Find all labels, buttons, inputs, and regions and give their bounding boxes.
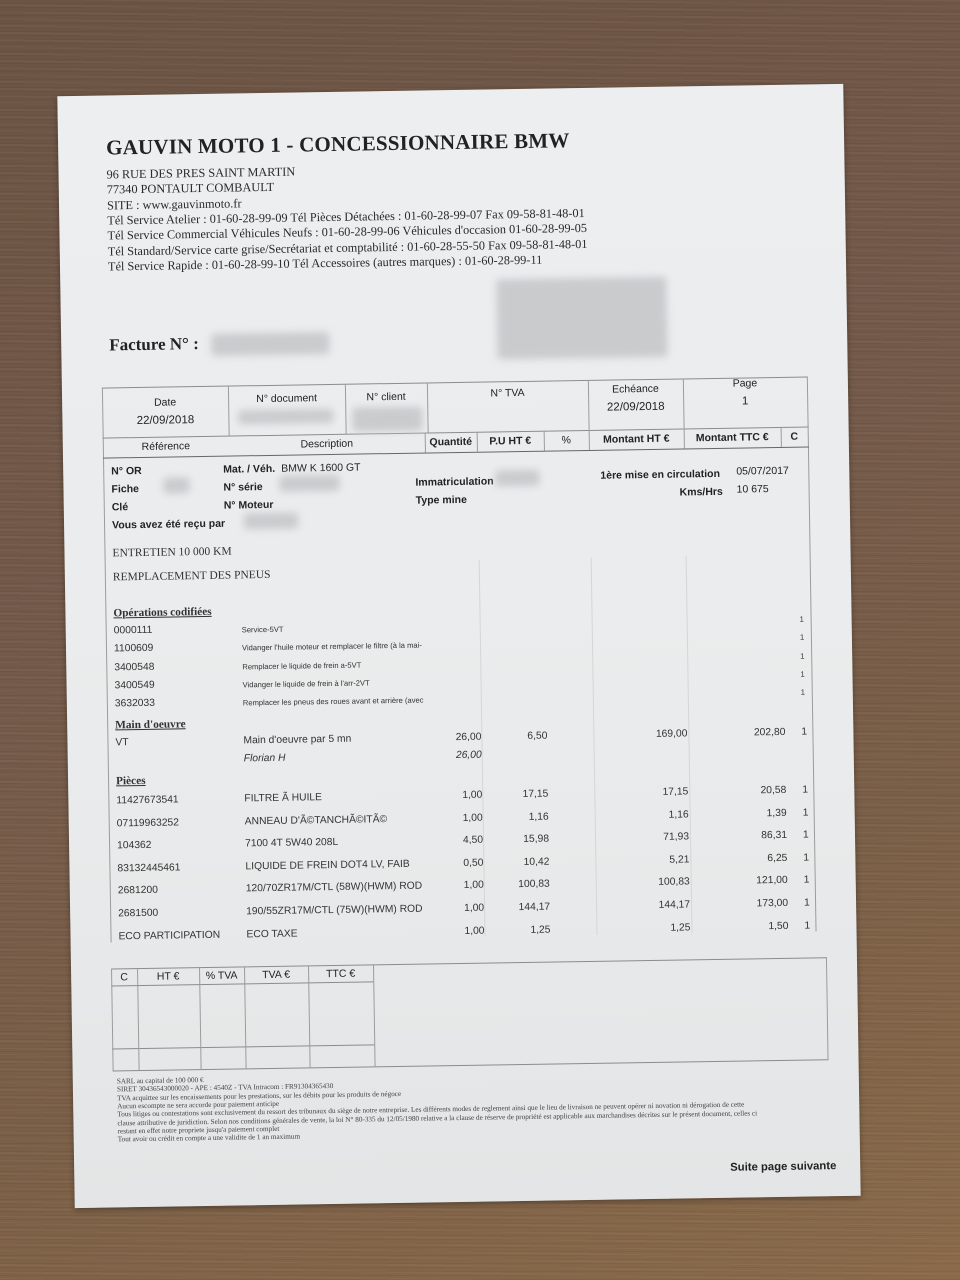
column-header-quantity: Quantité bbox=[425, 436, 477, 449]
part-unit-price: 15,98 bbox=[469, 834, 549, 846]
mileage-label: Kms/Hrs bbox=[680, 486, 723, 499]
registration-label: Immatriculation bbox=[415, 475, 493, 488]
summary-header-ttc: TTC € bbox=[308, 967, 373, 980]
column-header-amount-ttc: Montant TTC € bbox=[684, 431, 781, 445]
operation-code: 1100609 bbox=[114, 643, 153, 655]
type-mine-label: Type mine bbox=[416, 494, 467, 507]
parts-list: 11427673541FILTRE Ã HUILE1,0017,1517,152… bbox=[57, 84, 843, 96]
part-c: 1 bbox=[803, 807, 809, 818]
part-unit-price: 100,83 bbox=[470, 879, 550, 891]
due-date-value: 22/09/2018 bbox=[588, 400, 683, 413]
operation-description: Service-5VT bbox=[242, 625, 284, 635]
redacted-client-number bbox=[352, 407, 422, 432]
labour-amount-ht: 169,00 bbox=[607, 728, 687, 740]
or-label: N° OR bbox=[111, 465, 142, 477]
operation-c: 1 bbox=[800, 651, 804, 660]
part-description: 120/70ZR17M/CTL (58W)(HWM) ROD bbox=[246, 881, 423, 895]
first-registration-label: 1ère mise en circulation bbox=[600, 468, 720, 482]
operation-c: 1 bbox=[800, 615, 804, 624]
part-reference: 83132445461 bbox=[117, 862, 180, 874]
labour-quantity: 26,00 bbox=[402, 750, 482, 762]
part-description: ANNEAU D'Ã©TANCHÃ©ITÃ© bbox=[245, 814, 388, 827]
part-reference: 2681200 bbox=[118, 885, 158, 897]
info-table: Date 22/09/2018 N° document N° client N°… bbox=[57, 84, 843, 96]
labour-ref: VT bbox=[115, 737, 128, 748]
legal-notice: SARL au capital de 100 000 €SIRET 304365… bbox=[57, 84, 843, 96]
part-description: 190/55ZR17M/CTL (75W)(HWM) ROD bbox=[246, 904, 423, 918]
first-registration-date: 05/07/2017 bbox=[736, 465, 789, 478]
due-date-label: Echéance bbox=[588, 382, 683, 395]
operations-list: 0000111Service-5VT11100609Vidanger l'hui… bbox=[57, 84, 843, 96]
part-amount-ttc: 173,00 bbox=[708, 898, 788, 910]
part-amount-ht: 5,21 bbox=[609, 854, 689, 866]
redacted-registration bbox=[495, 470, 539, 487]
part-unit-price: 144,17 bbox=[470, 902, 550, 914]
vat-summary-table: C HT € % TVA TVA € TTC € bbox=[57, 84, 843, 96]
part-amount-ttc: 20,58 bbox=[706, 785, 786, 797]
summary-header-ht: HT € bbox=[137, 970, 199, 983]
mileage-value: 10 675 bbox=[736, 483, 768, 496]
vehicle-model-value: BMW K 1600 GT bbox=[281, 462, 361, 475]
part-amount-ht: 1,25 bbox=[610, 922, 690, 934]
section-labour: Main d'oeuvre bbox=[115, 718, 186, 731]
page-label: Page bbox=[683, 377, 807, 391]
labour-description: Main d'oeuvre par 5 mn bbox=[243, 734, 351, 747]
operation-c: 1 bbox=[800, 633, 804, 642]
part-amount-ht: 144,17 bbox=[610, 899, 690, 911]
operation-code: 3400549 bbox=[114, 680, 154, 692]
part-c: 1 bbox=[804, 875, 810, 886]
received-by-label: Vous avez été reçu par bbox=[112, 518, 225, 532]
labour-list: VTMain d'oeuvre par 5 mn26,006,50169,002… bbox=[57, 84, 843, 96]
next-page-notice: Suite page suivante bbox=[730, 1160, 836, 1174]
operation-code: 3400548 bbox=[114, 661, 154, 673]
section-parts: Pièces bbox=[116, 775, 146, 787]
labour-unit-price: 6,50 bbox=[467, 731, 547, 743]
part-c: 1 bbox=[803, 830, 809, 841]
labour-c: 1 bbox=[801, 727, 807, 738]
operation-code: 3632033 bbox=[115, 698, 155, 710]
column-header-reference: Référence bbox=[103, 440, 229, 454]
page-number: 1 bbox=[683, 395, 807, 409]
operation-description: Vidanger le liquide de frein à l'arr-2VT bbox=[243, 678, 370, 689]
redacted-client-address bbox=[496, 277, 667, 360]
part-unit-price: 1,25 bbox=[470, 924, 550, 936]
part-unit-price: 17,15 bbox=[468, 789, 548, 801]
fiche-label: Fiche bbox=[111, 483, 139, 495]
service-description: ENTRETIEN 10 000 KM bbox=[112, 546, 231, 560]
part-amount-ttc: 121,00 bbox=[708, 875, 788, 887]
part-amount-ht: 17,15 bbox=[608, 786, 688, 798]
part-c: 1 bbox=[804, 920, 810, 931]
part-amount-ttc: 86,31 bbox=[707, 830, 787, 842]
address-line: 77340 PONTAULT COMBAULT bbox=[107, 180, 275, 198]
part-unit-price: 10,42 bbox=[469, 856, 549, 868]
operation-c: 1 bbox=[800, 669, 804, 678]
service-description: REMPLACEMENT DES PNEUS bbox=[113, 569, 271, 583]
operation-description: Vidanger l'huile moteur et remplacer le … bbox=[242, 641, 422, 653]
part-reference: ECO PARTICIPATION bbox=[118, 929, 220, 942]
vat-number-label: N° TVA bbox=[427, 386, 588, 401]
invoice-page: GAUVIN MOTO 1 - CONCESSIONNAIRE BMW 96 R… bbox=[57, 84, 860, 1208]
redacted-invoice-number bbox=[211, 332, 329, 356]
part-reference: 104362 bbox=[117, 840, 152, 852]
summary-header-vat-rate: % TVA bbox=[199, 969, 244, 982]
redacted-receiver bbox=[244, 513, 298, 530]
summary-header-vat: TVA € bbox=[244, 968, 308, 981]
part-description: ECO TAXE bbox=[246, 928, 297, 940]
redacted-document-number bbox=[238, 409, 333, 424]
operation-description: Remplacer les pneus des roues avant et a… bbox=[243, 696, 424, 708]
engine-number-label: N° Moteur bbox=[224, 499, 274, 512]
part-unit-price: 1,16 bbox=[469, 811, 549, 823]
part-c: 1 bbox=[802, 785, 808, 796]
summary-header-c: C bbox=[111, 971, 137, 983]
part-amount-ht: 100,83 bbox=[610, 877, 690, 889]
part-amount-ht: 1,16 bbox=[609, 809, 689, 821]
column-header-c: C bbox=[781, 430, 808, 442]
part-description: LIQUIDE DE FREIN DOT4 LV, FAIB bbox=[245, 859, 409, 873]
part-description: FILTRE Ã HUILE bbox=[244, 792, 322, 804]
column-header-percent: % bbox=[544, 434, 589, 447]
part-c: 1 bbox=[804, 898, 810, 909]
operation-description: Remplacer le liquide de frein a-5VT bbox=[242, 660, 361, 671]
redacted-fiche bbox=[163, 477, 189, 493]
vehicle-info: N° OR Fiche Clé Mat. / Véh. BMW K 1600 G… bbox=[57, 84, 843, 96]
part-amount-ttc: 1,39 bbox=[707, 807, 787, 819]
part-amount-ht: 71,93 bbox=[609, 832, 689, 844]
part-amount-ttc: 6,25 bbox=[707, 853, 787, 865]
company-name: GAUVIN MOTO 1 - CONCESSIONNAIRE BMW bbox=[106, 128, 570, 160]
operation-c: 1 bbox=[801, 688, 805, 697]
invoice-number-label: Facture N° : bbox=[109, 334, 199, 355]
column-header-amount-ht: Montant HT € bbox=[589, 432, 684, 445]
column-header-unit-price: P.U HT € bbox=[477, 435, 544, 448]
column-header-description: Description bbox=[229, 437, 425, 452]
redacted-serial-number bbox=[279, 475, 339, 492]
client-number-label: N° client bbox=[345, 390, 427, 403]
part-c: 1 bbox=[803, 852, 809, 863]
part-description: 7100 4T 5W40 208L bbox=[245, 837, 338, 849]
operation-code: 0000111 bbox=[114, 625, 153, 637]
part-reference: 07119963252 bbox=[117, 817, 179, 829]
date-value: 22/09/2018 bbox=[102, 414, 228, 428]
legal-line: Tout avoir ou crédit en compte a une val… bbox=[118, 1133, 300, 1144]
section-operations: Opérations codifiées bbox=[113, 606, 211, 620]
labour-amount-ttc: 202,80 bbox=[705, 727, 785, 739]
part-amount-ttc: 1,50 bbox=[708, 920, 788, 932]
document-number-label: N° document bbox=[228, 392, 345, 406]
key-label: Clé bbox=[112, 501, 129, 513]
part-reference: 11427673541 bbox=[116, 794, 178, 806]
labour-description: Florian H bbox=[244, 753, 286, 765]
date-label: Date bbox=[102, 396, 228, 410]
part-reference: 2681500 bbox=[118, 908, 158, 920]
serial-number-label: N° série bbox=[223, 481, 262, 494]
vehicle-model-label: Mat. / Véh. bbox=[223, 463, 275, 476]
